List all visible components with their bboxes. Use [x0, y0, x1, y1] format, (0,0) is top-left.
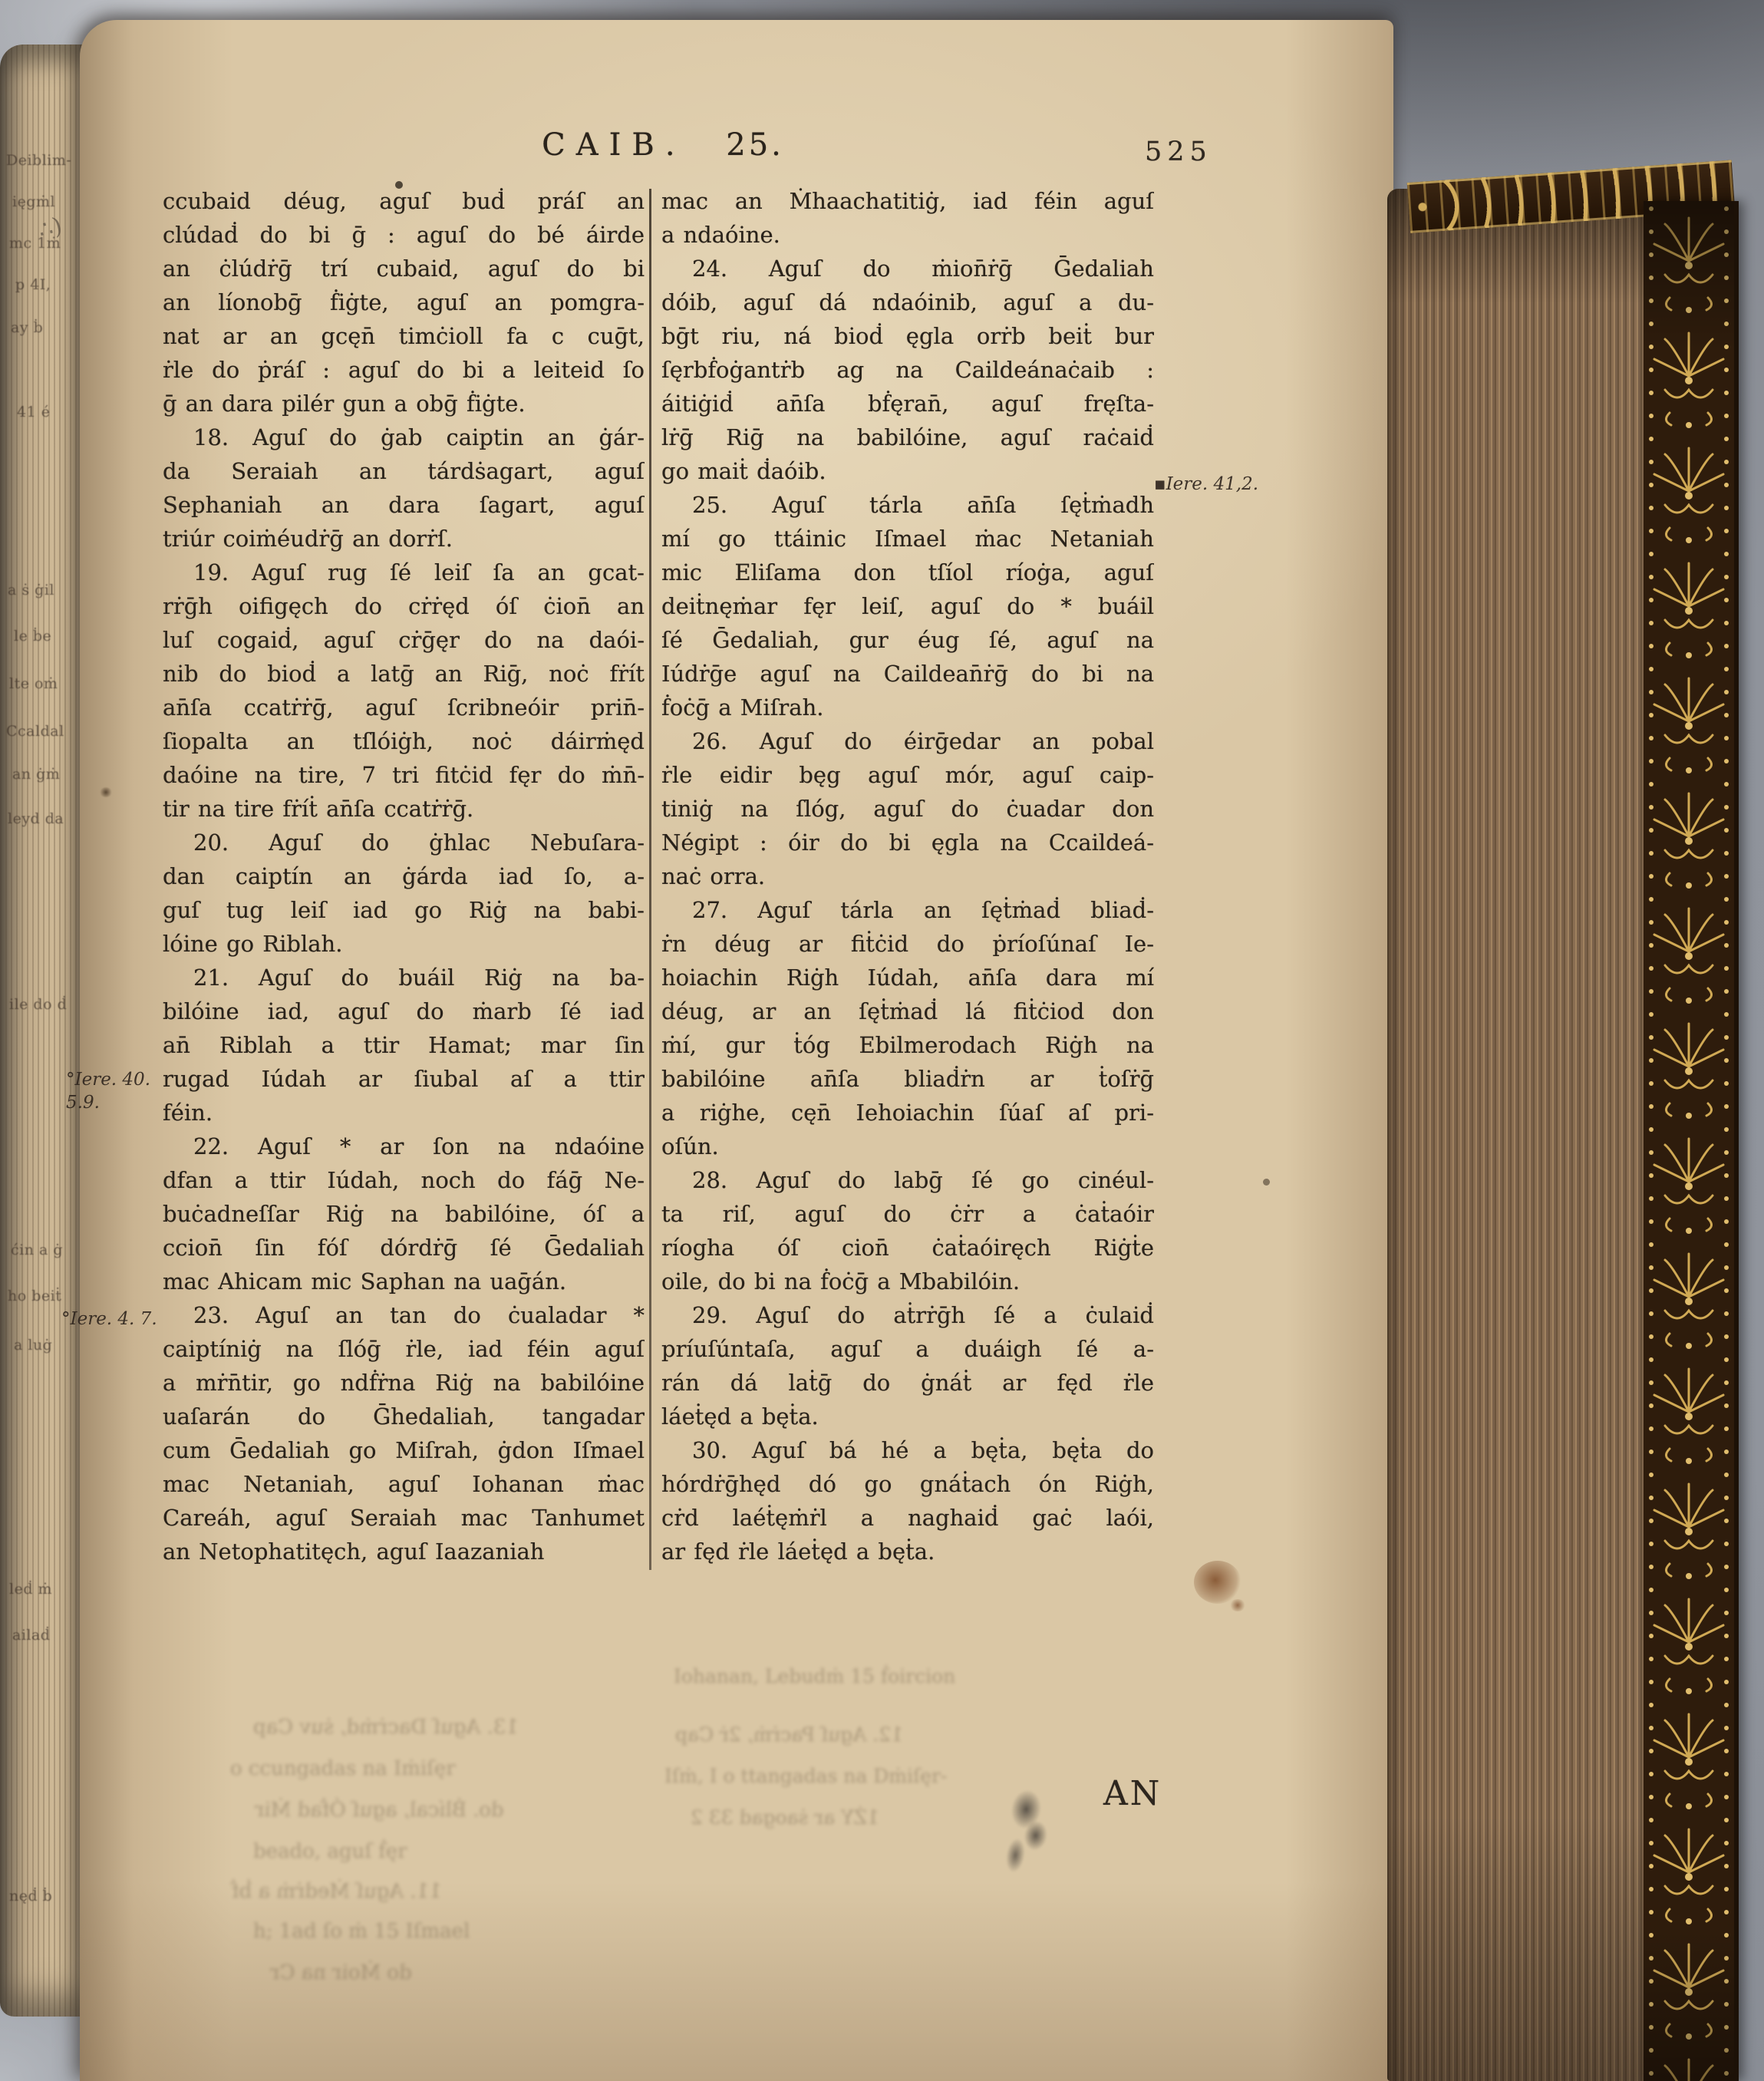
- edge-text-fragment: lte oṁ: [9, 675, 58, 692]
- edge-text-fragment: ćin a ġ: [11, 1242, 63, 1258]
- text-line: 29. Aguſ do aṫrṙḡh ſé a ċulaiḋ: [661, 1298, 1154, 1332]
- margin-note-line: 5.9.: [66, 1093, 100, 1113]
- text-line: mic Eliſama don tſíol ríoġa, aguſ: [661, 556, 1154, 589]
- text-line: a riġhe, cęn̄ Iehoiachin ſúaſ aſ pri-: [661, 1096, 1154, 1130]
- text-line: dóib, aguſ dá ndaóinib, aguſ a du-: [661, 285, 1154, 319]
- book-fore-edge: [1387, 189, 1653, 2081]
- text-line: Iúdṙḡe aguſ na Caildean̄ṙḡ do bi na: [661, 657, 1154, 691]
- text-line: tiniġ na ſlóg, aguſ do ċuadar don: [661, 792, 1154, 826]
- text-line: dan caiptín an ġárda iad ſo, a-: [163, 859, 645, 893]
- text-line: ar fęd ṙle láeṫęd a bęṫa.: [661, 1535, 1154, 1568]
- edge-text-fragment: 41 é: [17, 404, 50, 420]
- stain-spot: [1194, 1561, 1241, 1604]
- text-line: 21. Aguſ do buáil Riġ na ba-: [163, 961, 645, 994]
- margin-note-line: ▪Iere. 41,2.: [1154, 474, 1258, 494]
- chapter-word: CAIB.: [542, 127, 685, 163]
- edge-text-fragment: leyd da: [8, 810, 64, 827]
- text-column-left: ccubaid déug, aguſ buḋ práſ anclúdaḋ do …: [163, 184, 645, 1568]
- edge-text-fragment: le ḃe: [14, 628, 51, 645]
- ghost-text: beado, aguſ ḟęr: [253, 1840, 407, 1863]
- text-line: mí go ttáinic Iſmael ṁac Netaniah: [661, 522, 1154, 556]
- text-line: triúr coiṁéudṙḡ an dorṙſ.: [163, 522, 645, 556]
- text-line: da Seraiah an tárdṡagart, aguſ: [163, 454, 645, 488]
- text-line: ḟoċḡ a Miſrah.: [661, 691, 1154, 724]
- text-line: 19. Aguſ rug ſé leiſ ſa an gcat-: [163, 556, 645, 589]
- text-line: luſ cogaiḋ, aguſ cṙḡęr do na daói-: [163, 623, 645, 657]
- text-line: cṙd laéṫęṁṙl a naghaiḋ gaċ laói,: [661, 1501, 1154, 1535]
- text-line: ṁí, gur ṫóg Ebilmerodach Riġh na: [661, 1028, 1154, 1062]
- book-photo-scene: Deiblim-ięgṁlmc 1ṁp 4I,ay ḃ41 éa ṡ ġille…: [0, 0, 1764, 2081]
- text-line: bḡt riu, ná bioḋ ęgla orṙb beiṫ bur: [661, 319, 1154, 353]
- ghost-text: 13. Aguſ Dacṙṁd, ṡuv Cap: [253, 1716, 519, 1739]
- edge-text-fragment: nęḋ ḃ: [9, 1888, 52, 1905]
- text-line: 30. Aguſ bá hé a bęṫa, bęṫa do: [661, 1433, 1154, 1467]
- text-line: naċ orra.: [661, 859, 1154, 893]
- edge-text-fragment: ile do ḋ: [9, 996, 67, 1013]
- text-line: guſ tug leiſ iad go Riġ na babi-: [163, 893, 645, 927]
- text-line: buċadneſſar Riġ na babilóine, óſ a: [163, 1197, 645, 1231]
- text-line: daóine na tire, 7 tri fitċid fęr do ṁn̄-: [163, 758, 645, 792]
- text-line: ccubaid déug, aguſ buḋ práſ an: [163, 184, 645, 218]
- margin-note-jere-4-7: °Iere. 4. 7.: [61, 1308, 157, 1331]
- ink-speck: [100, 787, 112, 797]
- text-line: áitiġiḋ an̄ſa bḟęran̄, aguſ fręſta-: [661, 387, 1154, 420]
- text-line: a mṙn̄tir, go ndḟṙna Riġ na babilóine: [163, 1366, 645, 1400]
- text-line: ſęrbḟoġantṙb ag na Caildeánaċaib :: [661, 353, 1154, 387]
- text-line: 24. Aguſ do ṁion̄ṙḡ Ḡedaliah: [661, 252, 1154, 285]
- stain-spot-small: [1229, 1599, 1246, 1611]
- text-line: 25. Aguſ tárla an̄ſa ſęṫṁadh: [661, 488, 1154, 522]
- edge-text-fragment: ay ḃ: [11, 319, 43, 336]
- text-line: rṙḡh oifigęch do cṙṙęd óſ ċion̄ an: [163, 589, 645, 623]
- text-line: déug, ar an ſęṫṁaḋ lá fiṫċiod don: [661, 994, 1154, 1028]
- text-line: ta riſ, aguſ do ċṙr a ċaṫaóir: [661, 1197, 1154, 1231]
- margin-note-jere-41-2: ▪Iere. 41,2.: [1154, 473, 1258, 496]
- text-line: 22. Aguſ * ar ſon na ndaóine: [163, 1130, 645, 1163]
- ghost-text: h; 1ad ſo ṁ 15 Iſmael: [253, 1920, 470, 1943]
- text-line: 23. Aguſ an tan do ċualadar *: [163, 1298, 645, 1332]
- ghost-text: Iſṁ, I o ttangadas na Dṁiſęr-: [664, 1765, 947, 1787]
- ghost-text: do Ṁoir na Cr: [270, 1961, 412, 1984]
- text-line: tir na tire fṙíṫ an̄ſa ccatṙṙḡ.: [163, 792, 645, 826]
- margin-note-line: °Iere. 40.: [66, 1070, 150, 1090]
- ghost-text: do. Ḃlícal, aguſ Óḟad Ṁir: [255, 1799, 504, 1822]
- column-divider-rule: [649, 189, 651, 1570]
- ghost-text: 12. Aguſ Pacṙṁ, 2ṙ Cap: [675, 1723, 903, 1746]
- text-line: babilóine an̄ſa bliaḋṙn ar ṫoſṙḡ: [661, 1062, 1154, 1096]
- text-line: lóine go Riblah.: [163, 927, 645, 961]
- text-line: Négipt : óir do bi ęgla na Ccaildeá-: [661, 826, 1154, 859]
- ghost-text: o ccungadas na Iṁiſęr: [230, 1757, 456, 1780]
- text-line: Careáh, aguſ Seraiah mac Tanhumet: [163, 1501, 645, 1535]
- text-line: rán dá laṫḡ do ġnáṫ ar fęd ṙle: [661, 1366, 1154, 1400]
- text-line: ṙle do ṗráſ : aguſ do bi a leiteid ſo: [163, 353, 645, 387]
- edge-text-fragment: ho beiṫ: [8, 1288, 61, 1304]
- text-line: an líonobḡ ḟiġte, aguſ an pomgra-: [163, 285, 645, 319]
- text-line: deiṫnęṁar fęr leiſ, aguſ do * buáil: [661, 589, 1154, 623]
- edge-text-fragment: Ccaldal: [6, 723, 64, 740]
- text-line: príuſúntaſa, aguſ a duáigh ſé a-: [661, 1332, 1154, 1366]
- left-page-edge-stack: Deiblim-ięgṁlmc 1ṁp 4I,ay ḃ41 éa ṡ ġille…: [0, 45, 91, 2017]
- text-line: oſún.: [661, 1130, 1154, 1163]
- text-line: an̄ Riblah a ttir Hamat; mar ſin: [163, 1028, 645, 1062]
- text-line: a ndaóine.: [661, 218, 1154, 252]
- text-line: an ċlúdṙḡ trí cubaid, aguſ do bi: [163, 252, 645, 285]
- text-line: caiptíniġ na ſlóḡ ṙle, iad féin aguſ: [163, 1332, 645, 1366]
- ink-smudge: [989, 1780, 1070, 1880]
- text-line: ſiopalta an tſlóiġh, noċ dáirṁęd: [163, 724, 645, 758]
- text-line: féin.: [163, 1096, 645, 1130]
- ghost-text: Iohanan, Lebudṁ 15 ḟoircion: [674, 1665, 955, 1687]
- page-number: 525: [1145, 137, 1212, 167]
- ghost-text: 1ŻY ar ṡaogad 33 2: [691, 1806, 879, 1829]
- text-line: láeṫęd a bęṫa.: [661, 1400, 1154, 1433]
- text-line: 28. Aguſ do labḡ ſé go cinéul-: [661, 1163, 1154, 1197]
- text-line: 27. Aguſ tárla an ſęṫṁaḋ bliaḋ-: [661, 893, 1154, 927]
- text-line: lṙḡ Riḡ na babilóine, aguſ raċaiḋ: [661, 420, 1154, 454]
- chapter-number: 25.: [726, 127, 784, 163]
- ink-speck: [395, 181, 403, 189]
- text-line: 26. Aguſ do éirḡedar an pobal: [661, 724, 1154, 758]
- text-line: ríogha óſ cion̄ ċaṫaóiręch Riġṫe: [661, 1231, 1154, 1265]
- ghost-text: 11. Aguſ Ṁedṙṁ a ḃḟ: [232, 1880, 442, 1903]
- edge-text-fragment: a luġ: [14, 1337, 52, 1354]
- text-line: nib do bioḋ a latḡ an Riḡ, noċ fṙít: [163, 657, 645, 691]
- text-line: ḡ an dara pilér gun a obḡ ḟiġte.: [163, 387, 645, 420]
- signature-mark: AN: [1103, 1774, 1162, 1813]
- chapter-heading: CAIB. 25.: [402, 127, 924, 163]
- text-line: an̄ſa ccatṙṙḡ, aguſ ſcribneóir prin̄-: [163, 691, 645, 724]
- margin-note-jere-40: °Iere. 40. 5.9.: [66, 1068, 150, 1114]
- text-line: go maiṫ ḋaóib.: [661, 454, 1154, 488]
- text-line: hórdṙḡhęd dó go gnáṫach ón Riġh,: [661, 1467, 1154, 1501]
- edge-text-fragment: ięgṁl: [12, 193, 55, 210]
- text-line: an Netophatitęch, aguſ Iaazaniah: [163, 1535, 645, 1568]
- text-line: oile, do bi na ḟoċḡ a Mbabilóin.: [661, 1265, 1154, 1298]
- text-line: hoiachin Riġh Iúdah, an̄ſa dara mí: [661, 961, 1154, 994]
- text-line: ccion̄ ſin fóſ dórdṙḡ ſé Ḡedaliah: [163, 1231, 645, 1265]
- edge-text-fragment: p 4I,: [15, 276, 51, 293]
- text-line: 18. Aguſ do ġab caiptin an ġár-: [163, 420, 645, 454]
- text-line: nat ar an gcęn̄ timċioll fa c cuḡt,: [163, 319, 645, 353]
- text-line: uaſarán do Ḡhedaliah, tangadar: [163, 1400, 645, 1433]
- text-column-right: mac an Ṁhaachatitiġ, iad féin aguſa ndaó…: [661, 184, 1154, 1568]
- text-line: dfan a ttir Iúdah, noch do fáḡ Ne-: [163, 1163, 645, 1197]
- text-line: mac Netaniah, aguſ Iohanan ṁac: [163, 1467, 645, 1501]
- gilt-pattern-graphic: [1644, 201, 1734, 2081]
- text-line: ṙn déug ar fiṫċid do ṗríoſúnaſ Ie-: [661, 927, 1154, 961]
- text-line: bilóine iad, aguſ do ṁarb ſé iad: [163, 994, 645, 1028]
- edge-text-fragment: ailaḋ: [12, 1627, 50, 1644]
- text-line: cum Ḡedaliah go Miſrah, ġdon Iſmael: [163, 1433, 645, 1467]
- edge-text-fragment: leḋ ṁ: [9, 1581, 52, 1598]
- edge-text-fragment: a ṡ ġil: [8, 582, 54, 599]
- text-line: Sephaniah an dara ſagart, aguſ: [163, 488, 645, 522]
- text-line: rugad Iúdah ar ſiubal aſ a ttir: [163, 1062, 645, 1096]
- gilt-cover-side-edge: [1644, 201, 1739, 2081]
- text-line: ſé Ḡedaliah, gur éug ſé, aguſ na: [661, 623, 1154, 657]
- margin-note-line: °Iere. 4. 7.: [61, 1309, 157, 1329]
- text-line: mac Ahicam mic Saphan na uaḡán.: [163, 1265, 645, 1298]
- edge-text-fragment: Deiblim-: [6, 152, 71, 169]
- ink-speck: [1263, 1179, 1270, 1186]
- text-line: 20. Aguſ do ġhlac Nebuſara-: [163, 826, 645, 859]
- edge-text-fragment: an ġṁ: [12, 766, 60, 783]
- text-line: mac an Ṁhaachatitiġ, iad féin aguſ: [661, 184, 1154, 218]
- text-line: ṙle eidir bęg aguſ mór, aguſ caip-: [661, 758, 1154, 792]
- text-line: clúdaḋ do bi ḡ : aguſ do bé áirde: [163, 218, 645, 252]
